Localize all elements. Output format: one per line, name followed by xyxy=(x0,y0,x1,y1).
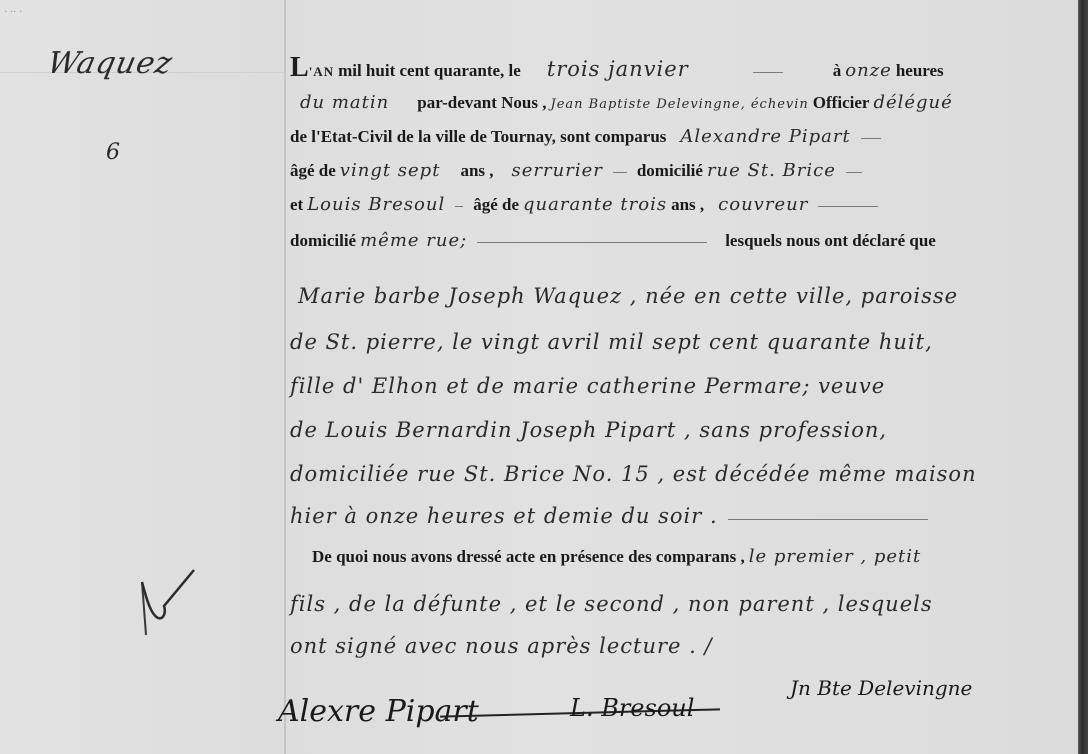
check-mark-icon xyxy=(130,560,210,660)
printed-et: et xyxy=(290,195,303,214)
filler-dash xyxy=(477,242,707,243)
form-line-4: âgé de vingt sept ans , serrurier domici… xyxy=(290,160,868,181)
hw-closing-1: le premier , petit xyxy=(749,546,922,567)
entry-number: 6 xyxy=(106,140,121,165)
hw-witness2-age: quarante trois xyxy=(523,194,667,215)
filler-dash xyxy=(455,206,463,207)
corner-mark: · ·· · xyxy=(4,4,22,19)
printed-heures: heures xyxy=(896,61,944,80)
closing-line-2: fils , de la défunte , et le second , no… xyxy=(290,592,933,616)
hw-officer-role: délégué xyxy=(873,92,952,113)
hw-witness1-occupation: serrurier xyxy=(512,160,603,181)
drop-cap: L xyxy=(290,52,309,83)
filler-dash xyxy=(753,72,783,73)
printed-year: mil huit cent quarante, le xyxy=(338,61,521,80)
printed-officier: Officier xyxy=(813,93,870,112)
printed-domicilie: domicilié xyxy=(290,231,356,250)
filler-dash xyxy=(728,519,928,520)
hw-date: trois janvier xyxy=(547,57,689,81)
hw-time-of-day: du matin xyxy=(300,92,389,113)
hw-hour: onze xyxy=(845,60,892,81)
printed-age-de: âgé de xyxy=(473,195,519,214)
signature-officer: Jn Bte Delevingne xyxy=(790,676,972,700)
printed-etat-civil: de l'Etat-Civil de la ville de Tournay, … xyxy=(290,127,666,146)
hw-witness1-age: vingt sept xyxy=(340,160,441,181)
hw-witness1-address: rue St. Brice xyxy=(707,160,836,181)
page-binding-edge xyxy=(1078,0,1088,754)
margin-divider xyxy=(284,0,286,754)
form-line-1: L'AN mil huit cent quarante, le trois ja… xyxy=(290,52,944,84)
filler-dash xyxy=(613,172,627,173)
printed-an: 'AN xyxy=(309,64,334,79)
printed-closing: De quoi nous avons dressé acte en présen… xyxy=(312,547,745,566)
hw-witness2-occupation: couvreur xyxy=(718,194,808,215)
printed-a: à xyxy=(833,61,842,80)
form-line-3: de l'Etat-Civil de la ville de Tournay, … xyxy=(290,126,887,147)
printed-domicilie: domicilié xyxy=(637,161,703,180)
signature-witness2: L. Bresoul xyxy=(570,694,694,722)
printed-ans: ans , xyxy=(460,161,493,180)
form-line-2: du matin par-devant Nous , Jean Baptiste… xyxy=(300,92,953,113)
filler-dash xyxy=(846,172,862,173)
printed-par-devant: par-devant Nous , xyxy=(417,93,546,112)
form-line-6: domicilié même rue; lesquels nous ont dé… xyxy=(290,230,936,251)
signature-witness1: Alexre Pipart xyxy=(278,694,479,729)
body-line-2: de St. pierre, le vingt avril mil sept c… xyxy=(290,330,933,354)
filler-dash xyxy=(818,206,878,207)
hw-text: hier à onze heures et demie du soir . xyxy=(290,504,718,528)
printed-ans: ans , xyxy=(671,195,704,214)
closing-line-3: ont signé avec nous après lecture . / xyxy=(290,634,713,658)
printed-age-de: âgé de xyxy=(290,161,336,180)
margin-surname: Waquez xyxy=(44,46,176,81)
body-line-5: domiciliée rue St. Brice No. 15 , est dé… xyxy=(290,462,977,486)
document-page: · ·· · Waquez 6 L'AN mil huit cent quara… xyxy=(0,0,1088,754)
closing-line-1: De quoi nous avons dressé acte en présen… xyxy=(312,546,921,567)
body-line-3: fille d' Elhon et de marie catherine Per… xyxy=(290,374,885,398)
form-line-5: et Louis Bresoul âgé de quarante trois a… xyxy=(290,194,884,215)
filler-dash xyxy=(861,138,881,139)
body-line-1: Marie barbe Joseph Waquez , née en cette… xyxy=(298,284,958,308)
hw-witness2-name: Louis Bresoul xyxy=(307,194,445,215)
hw-officer-name: Jean Baptiste Delevingne, échevin xyxy=(550,97,808,112)
body-line-6: hier à onze heures et demie du soir . xyxy=(290,504,934,528)
printed-declared: lesquels nous ont déclaré que xyxy=(725,231,936,250)
hw-witness2-address: même rue; xyxy=(360,230,467,251)
hw-witness1-name: Alexandre Pipart xyxy=(680,126,850,147)
body-line-4: de Louis Bernardin Joseph Pipart , sans … xyxy=(290,418,887,442)
